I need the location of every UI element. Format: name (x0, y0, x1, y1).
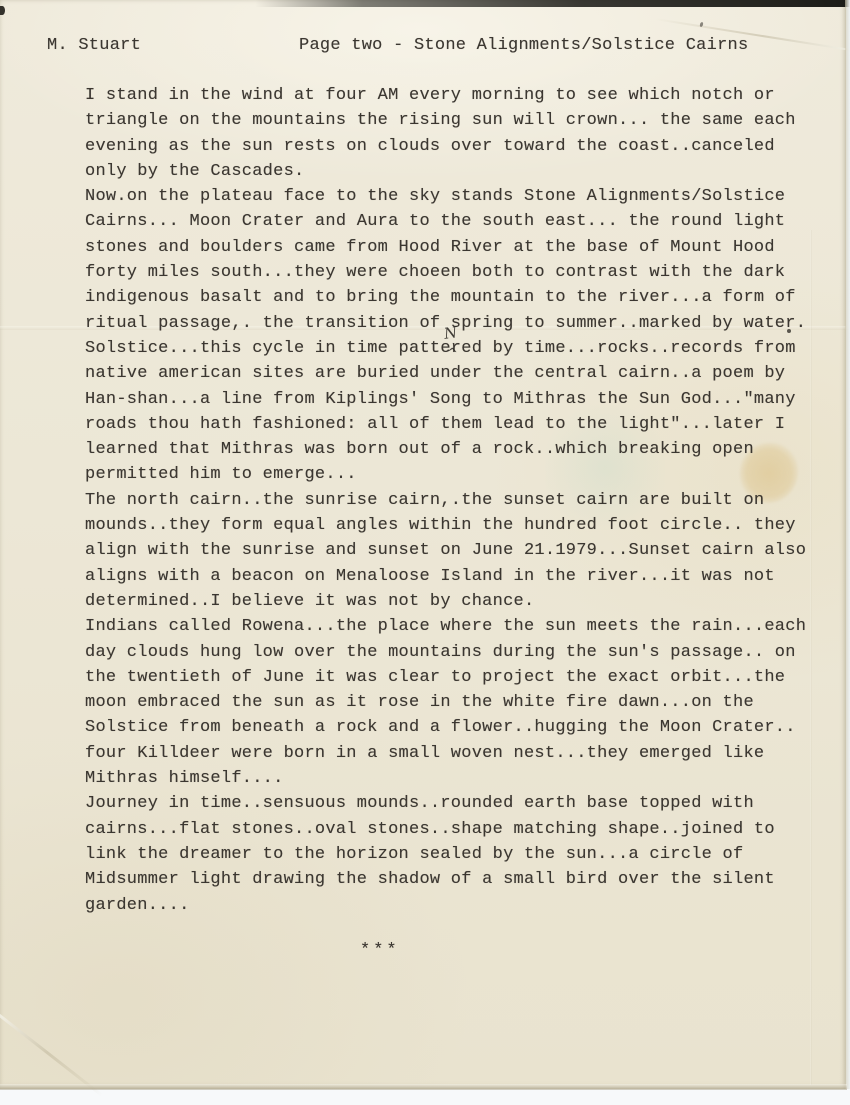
scanner-edge-top (255, 0, 850, 7)
typed-line: Journey in time..sensuous mounds..rounde… (85, 791, 825, 816)
typed-line: evening as the sun rests on clouds over … (85, 134, 825, 159)
scanned-document-page: { "document": { "author": "M. Stuart", "… (0, 0, 850, 1105)
typed-line: day clouds hung low over the mountains d… (85, 640, 825, 665)
pen-tick-above-title (699, 22, 703, 28)
typed-line: the twentieth of June it was clear to pr… (85, 665, 825, 690)
paper-edge-right (845, 0, 850, 1089)
typed-line: only by the Cascades. (85, 159, 825, 184)
typed-line: four Killdeer were born in a small woven… (85, 741, 825, 766)
typed-line: indigenous basalt and to bring the mount… (85, 285, 825, 310)
typed-line: aligns with a beacon on Menaloose Island… (85, 564, 825, 589)
typed-line: I stand in the wind at four AM every mor… (85, 83, 825, 108)
page-title: Page two - Stone Alignments/Solstice Cai… (299, 36, 748, 55)
typed-line: native american sites are buried under t… (85, 361, 825, 386)
typed-line: cairns...flat stones..oval stones..shape… (85, 817, 825, 842)
typed-line: roads thou hath fashioned: all of them l… (85, 412, 825, 437)
typed-line: permitted him to emerge... (85, 462, 825, 487)
author-name: M. Stuart (47, 36, 141, 55)
typed-line: forty miles south...they were choeen bot… (85, 260, 825, 285)
typed-line: The north cairn..the sunrise cairn,.the … (85, 488, 825, 513)
typed-line: Indians called Rowena...the place where … (85, 614, 825, 639)
typed-line: determined..I believe it was not by chan… (85, 589, 825, 614)
typed-line: moon embraced the sun as it rose in the … (85, 690, 825, 715)
typed-line: triangle on the mountains the rising sun… (85, 108, 825, 133)
typed-body-text: I stand in the wind at four AM every mor… (85, 83, 825, 918)
typed-line: link the dreamer to the horizon sealed b… (85, 842, 825, 867)
handwritten-insertion-letter: N (443, 323, 459, 343)
typed-line: learned that Mithras was born out of a r… (85, 437, 825, 462)
typed-line: Solstice from beneath a rock and a flowe… (85, 715, 825, 740)
typed-line: Midsummer light drawing the shadow of a … (85, 867, 825, 892)
typed-line: align with the sunrise and sunset on Jun… (85, 538, 825, 563)
ink-speck-left-edge (0, 6, 5, 15)
typed-line: stones and boulders came from Hood River… (85, 235, 825, 260)
paper-sheet: M. Stuart Page two - Stone Alignments/So… (0, 0, 846, 1089)
typed-line: Cairns... Moon Crater and Aura to the so… (85, 209, 825, 234)
typed-line: Mithras himself.... (85, 766, 825, 791)
typed-line: mounds..they form equal angles within th… (85, 513, 825, 538)
typed-line: garden.... (85, 893, 825, 918)
paper-edge-bottom (0, 1084, 847, 1090)
handwritten-insertion-caret-icon: ^ (445, 345, 458, 362)
typed-line: Now.on the plateau face to the sky stand… (85, 184, 825, 209)
typed-line: Han-shan...a line from Kiplings' Song to… (85, 387, 825, 412)
end-of-text-marker: *** (360, 938, 400, 963)
